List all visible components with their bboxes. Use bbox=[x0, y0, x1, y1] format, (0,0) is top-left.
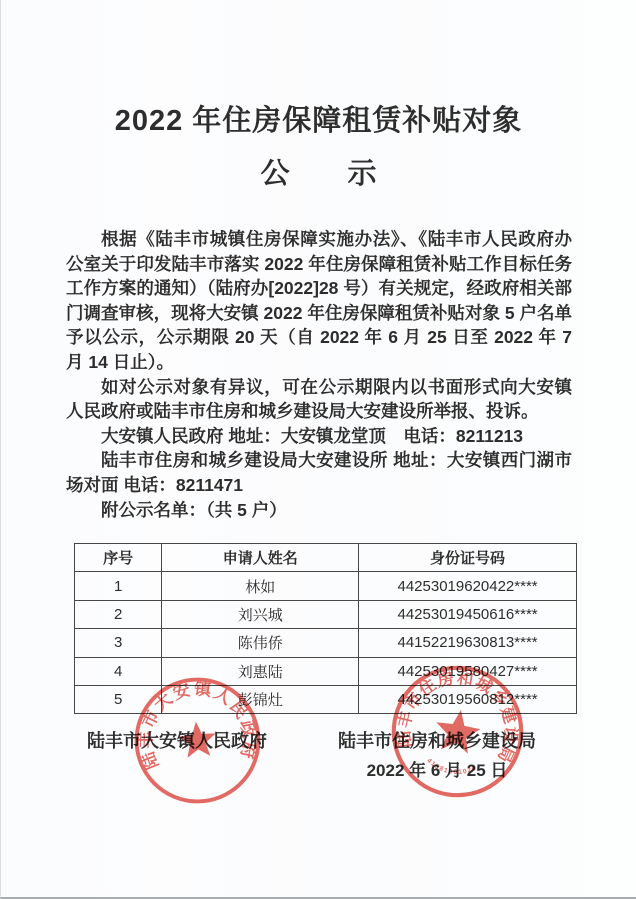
seal-star-icon bbox=[432, 706, 483, 755]
attachment-note: 附公示名单：（共 5 户） bbox=[66, 498, 572, 523]
official-seal-left: 陆丰市大安镇人民政府 bbox=[127, 670, 269, 812]
table-row: 2 刘兴城 44253019450616**** bbox=[75, 600, 577, 628]
cell-name: 刘兴城 bbox=[162, 600, 359, 628]
body-paragraph-1: 根据《陆丰市城镇住房保障实施办法》、《陆丰市人民政府办公室关于印发陆丰市落实 2… bbox=[66, 227, 572, 375]
cell-serial: 2 bbox=[75, 600, 162, 628]
seal-star-icon bbox=[177, 720, 217, 758]
cell-serial: 3 bbox=[75, 629, 162, 657]
document-body: 根据《陆丰市城镇住房保障实施办法》、《陆丰市人民政府办公室关于印发陆丰市落实 2… bbox=[66, 227, 572, 522]
cell-id: 44253019450616**** bbox=[359, 600, 577, 628]
cell-id: 44152219630813**** bbox=[359, 629, 577, 657]
body-paragraph-2: 如对公示对象有异议，可在公示期限内以书面形式向大安镇人民政府或陆丰市住房和城乡建… bbox=[66, 375, 572, 424]
header-serial-number: 序号 bbox=[75, 544, 162, 572]
official-seal-right: 陆丰市住房和城乡建设局 4415810010202 bbox=[379, 653, 536, 810]
table-row: 3 陈伟侨 44152219630813**** bbox=[75, 629, 577, 657]
cell-serial: 1 bbox=[75, 572, 162, 600]
header-id-number: 身份证号码 bbox=[359, 544, 577, 572]
cell-name: 陈伟侨 bbox=[162, 629, 359, 657]
cell-id: 44253019620422**** bbox=[359, 572, 577, 600]
contact-line-1: 大安镇人民政府 地址：大安镇龙堂顶 电话：8211213 bbox=[66, 424, 572, 449]
table-header-row: 序号 申请人姓名 身份证号码 bbox=[75, 544, 577, 572]
document-subtitle: 公 示 bbox=[1, 151, 636, 192]
document-title: 2022 年住房保障租赁补贴对象 bbox=[1, 98, 636, 139]
header-applicant-name: 申请人姓名 bbox=[162, 544, 359, 572]
table-row: 1 林如 44253019620422**** bbox=[75, 572, 577, 600]
cell-name: 林如 bbox=[162, 572, 359, 600]
contact-line-2: 陆丰市住房和城乡建设局大安建设所 地址：大安镇西门湖市场对面 电话：821147… bbox=[66, 448, 572, 497]
scanned-notice-page: 2022 年住房保障租赁补贴对象 公 示 根据《陆丰市城镇住房保障实施办法》、《… bbox=[0, 0, 636, 899]
